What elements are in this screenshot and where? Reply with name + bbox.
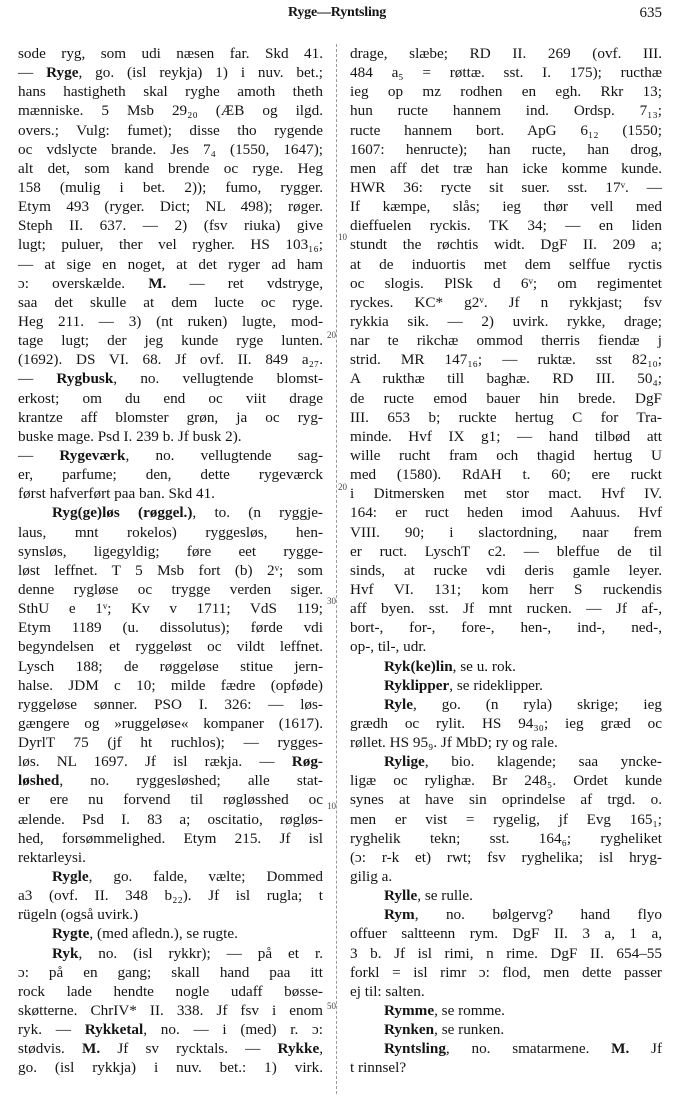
text-line: Ryklipper, se rideklipper.: [350, 676, 662, 695]
text-line: de ructe emod bauer hin brede. DgF: [350, 389, 662, 408]
text-line: aff byen. sst. Jf mnt rucken. — Jf af-,: [350, 599, 662, 618]
text-line: overs.; Vulg: fumet); disse tho rygende: [18, 121, 323, 140]
text-line: synes at have sin oprindelse af trgd. o.: [350, 790, 662, 809]
text-line: Ryle, go. (n ryla) skrige; ieg: [350, 695, 662, 714]
page-number: 635: [640, 5, 663, 22]
text-line: go. (isl rykkja) i nuv. bet.: 1) virk.: [18, 1058, 323, 1077]
text-line: dieffuelen ryckis. TK 34; — en liden: [350, 216, 662, 235]
text-line: — Rygeværk, no. vellugtende sag-: [18, 446, 323, 465]
text-line: Ryg(ge)løs (røggel.), to. (n ryggje-: [18, 503, 323, 522]
line-number-10-right: 10: [338, 232, 347, 242]
text-line: Hvf VI. 131; kom herr S ruckendis: [350, 580, 662, 599]
text-line: ɔ: på en gang; skall hand paa itt: [18, 963, 323, 982]
column-divider: [336, 44, 337, 1094]
text-line: nar te rikchæ ommod therris fiendæ j: [350, 331, 662, 350]
text-line: Rynken, se runken.: [350, 1020, 662, 1039]
text-line: A rukthæ till baghæ. RD III. 50₄;: [350, 369, 662, 388]
text-line: laus, mnt rokelos) ryggesløs, hen-: [18, 523, 323, 542]
left-column: sode ryg, som udi næsen far. Skd 41.— Ry…: [18, 44, 323, 1078]
text-line: ɔ: overskælde. M. — ret vdstryge,: [18, 274, 323, 293]
text-line: Ryntsling, no. smatarmene. M. Jf: [350, 1039, 662, 1058]
text-line: Ryk, no. (isl rykkr); — på et r.: [18, 944, 323, 963]
text-line: HWR 36: rycte sit suer. sst. 17ᵛ. —: [350, 178, 662, 197]
text-line: er ruct. LyschT c2. — bleffue de til: [350, 542, 662, 561]
text-line: begyndelsen et ryggeløst oc vildt leffne…: [18, 637, 323, 656]
text-line: ieg op mz rodhen en egh. Rkr 13;: [350, 82, 662, 101]
text-line: hed, forsømmelighed. Etym 215. Jf isl: [18, 829, 323, 848]
text-line: lugt; puluer, ther vel rygher. HS 103₁₆;: [18, 235, 323, 254]
text-line: hun ructe hannem ind. Ordsp. 7₁₃;: [350, 101, 662, 120]
text-line: ryk. — Rykketal, no. — i (med) r. ɔ:: [18, 1020, 323, 1039]
text-line: ryghelik tekn; sst. 164₆; rygheliket: [350, 829, 662, 848]
text-line: — Ryge, go. (isl reykja) 1) i nuv. bet.;: [18, 63, 323, 82]
text-line: ælende. Psd I. 83 a; oscitatio, røgløs-: [18, 810, 323, 829]
text-line: krantze aff blomster grøn, ja oc ryg-: [18, 408, 323, 427]
text-line: — at sige en noget, at det ryger ad ham: [18, 255, 323, 274]
text-line: Rym, no. bølgervg? hand flyo: [350, 905, 662, 924]
text-line: skøtterne. ChrIV* II. 338. Jf fsv i enom: [18, 1001, 323, 1020]
text-line: If kæmpe, slås; ieg thør vell med: [350, 197, 662, 216]
text-line: ej til: salten.: [350, 982, 662, 1001]
text-line: rock lade hendte nogle udaff bøsse-: [18, 982, 323, 1001]
text-line: ructe hannem bort. ApG 6₁₂ (1550;: [350, 121, 662, 140]
text-line: Etym 1189 (u. dissolutus); førde vdi: [18, 618, 323, 637]
text-line: Rymme, se romme.: [350, 1001, 662, 1020]
text-line: op-, til-, udr.: [350, 637, 662, 656]
text-line: men er vist = rygelig, jf Evg 165₁;: [350, 810, 662, 829]
text-line: stundt the røchtis widt. DgF II. 209 a;: [350, 235, 662, 254]
text-line: løst leffnet. T 5 Msb fort (b) 2ᵛ; som: [18, 561, 323, 580]
text-line: synsløs, ligegyldig; føre eet rygge-: [18, 542, 323, 561]
text-line: Lysch 188; de røggeløse stitue jern-: [18, 657, 323, 676]
text-line: røllet. HS 95₉. Jf MbD; ry og rale.: [350, 733, 662, 752]
text-line: grædh oc rylit. HS 94₃₀; ieg græd oc: [350, 714, 662, 733]
text-line: alt det, som kand brende oc ryge. Heg: [18, 159, 323, 178]
text-line: 3 b. Jf isl rimi, n rime. DgF II. 654–55: [350, 944, 662, 963]
text-line: med (1580). RdAH t. 60; ere ruckt: [350, 465, 662, 484]
text-line: saa det skulle at dem lucte oc ryge.: [18, 293, 323, 312]
text-line: hans hastigheth skal ryghe amoth theth: [18, 82, 323, 101]
line-number-50: 50: [327, 1001, 336, 1011]
text-line: rügeln (også uvirk.): [18, 905, 323, 924]
text-line: Etym 493 (ryger. Dict; NL 498); røger.: [18, 197, 323, 216]
text-line: erkost; om du end oc viit drage: [18, 389, 323, 408]
text-line: Rylige, bio. klagende; saa yncke-: [350, 752, 662, 771]
text-line: wille rucht fram och thagid hertug U: [350, 446, 662, 465]
text-line: først hafverført paa ban. Skd 41.: [18, 484, 323, 503]
line-number-20-right: 20: [338, 482, 347, 492]
text-line: oc slogis. PlSk d 6ᵛ; om regimentet: [350, 274, 662, 293]
text-line: (1692). DS VI. 68. Jf ovf. II. 849 a₂₇.: [18, 350, 323, 369]
line-number-10: 10: [327, 801, 336, 811]
text-line: forkl = isl rimr ɔ: flod, men dette pass…: [350, 963, 662, 982]
page-header: Ryge—Ryntsling 635: [0, 3, 674, 23]
text-line: drage, slæbe; RD II. 269 (ovf. III.: [350, 44, 662, 63]
line-number-20: 20: [327, 330, 336, 340]
text-line: sinds, at rucke vdi deris gamle leyer.: [350, 561, 662, 580]
text-line: oc vdslycte brande. Jes 7₄ (1550, 1647);: [18, 140, 323, 159]
text-line: men aff det træ han icke komme kunde.: [350, 159, 662, 178]
text-line: i Ditmersken met stor mact. Hvf IV.: [350, 484, 662, 503]
text-line: ryckes. KC* g2ᵛ. Jf n rykkjast; fsv: [350, 293, 662, 312]
text-line: er, parfume; den, dette rygeværck: [18, 465, 323, 484]
text-line: — Rygbusk, no. vellugtende blomst-: [18, 369, 323, 388]
running-head: Ryge—Ryntsling: [0, 5, 674, 21]
text-line: 158 (mulig i bet. 2)); fumo, rygger.: [18, 178, 323, 197]
right-column: drage, slæbe; RD II. 269 (ovf. III.484 a…: [350, 44, 662, 1078]
line-number-30: 30: [327, 596, 336, 606]
text-line: III. 653 b; ruckte hertug C for Tra-: [350, 408, 662, 427]
text-line: 484 a₅ = røttæ. sst. I. 175); ructhæ: [350, 63, 662, 82]
text-line: Rygte, (med afledn.), se rugte.: [18, 924, 323, 943]
text-line: buske mage. Psd I. 239 b. Jf busk 2).: [18, 427, 323, 446]
text-line: at de induortis met dem selffue ryctis: [350, 255, 662, 274]
text-line: Heg 211. — 3) (nt ruken) lugte, mod-: [18, 312, 323, 331]
text-line: SthU e 1ᵛ; Kv v 1711; VdS 119;: [18, 599, 323, 618]
text-line: tage lugt; der jeg kunde ryge lunten.: [18, 331, 323, 350]
text-line: a3 (ovf. II. 348 b₂₂). Jf isl rugla; t: [18, 886, 323, 905]
text-line: strid. MR 147₁₆; — ruktæ. sst 82₁₀;: [350, 350, 662, 369]
text-line: DyrlT 75 (jf ht ruchlos); — rygges-: [18, 733, 323, 752]
text-line: Rygle, go. falde, vælte; Dommed: [18, 867, 323, 886]
text-line: rektarleysi.: [18, 848, 323, 867]
text-line: løshed, no. ryggesløshed; alle stat-: [18, 771, 323, 790]
text-line: (ɔ: r-k et) rwt; fsv ryghelika; isl hryg…: [350, 848, 662, 867]
text-line: minde. Hvf IX g1; — hand tilbød att: [350, 427, 662, 446]
text-line: ligæ oc rylighæ. Br 248₅. Ordet kunde: [350, 771, 662, 790]
text-line: t rinnsel?: [350, 1058, 662, 1077]
text-line: er ere nu forvend til røgløsshed oc: [18, 790, 323, 809]
text-line: Rylle, se rulle.: [350, 886, 662, 905]
text-line: gilig a.: [350, 867, 662, 886]
text-line: VIII. 90; i slactordning, naar frem: [350, 523, 662, 542]
text-line: Steph II. 637. — 2) (fsv riuka) give: [18, 216, 323, 235]
text-line: rykkia sik. — 2) uvirk. rykke, drage;: [350, 312, 662, 331]
text-line: gængere og »ruggeløse« kompaner (1617).: [18, 714, 323, 733]
text-line: stødvis. M. Jf sv rycktals. — Rykke,: [18, 1039, 323, 1058]
text-line: sode ryg, som udi næsen far. Skd 41.: [18, 44, 323, 63]
text-line: mænniske. 5 Msb 29₂₀ (ÆB og ilgd.: [18, 101, 323, 120]
text-line: 1607: henructe); han ructe, han drog,: [350, 140, 662, 159]
text-line: bort-, for-, fore-, hen-, ind-, ned-,: [350, 618, 662, 637]
text-line: offuer saltteenn rym. DgF II. 3 a, 1 a,: [350, 924, 662, 943]
text-line: løs. NL 1697. Jf isl rækja. — Røg-: [18, 752, 323, 771]
text-line: halse. JDM c 10; milde fædre (opføde): [18, 676, 323, 695]
text-line: ryggeløse sønner. PSO I. 326: — løs-: [18, 695, 323, 714]
text-line: 164: er ruct heden imod Aahuus. Hvf: [350, 503, 662, 522]
text-line: denne rygløse oc trygge verden siger.: [18, 580, 323, 599]
text-line: Ryk(ke)lin, se u. rok.: [350, 657, 662, 676]
